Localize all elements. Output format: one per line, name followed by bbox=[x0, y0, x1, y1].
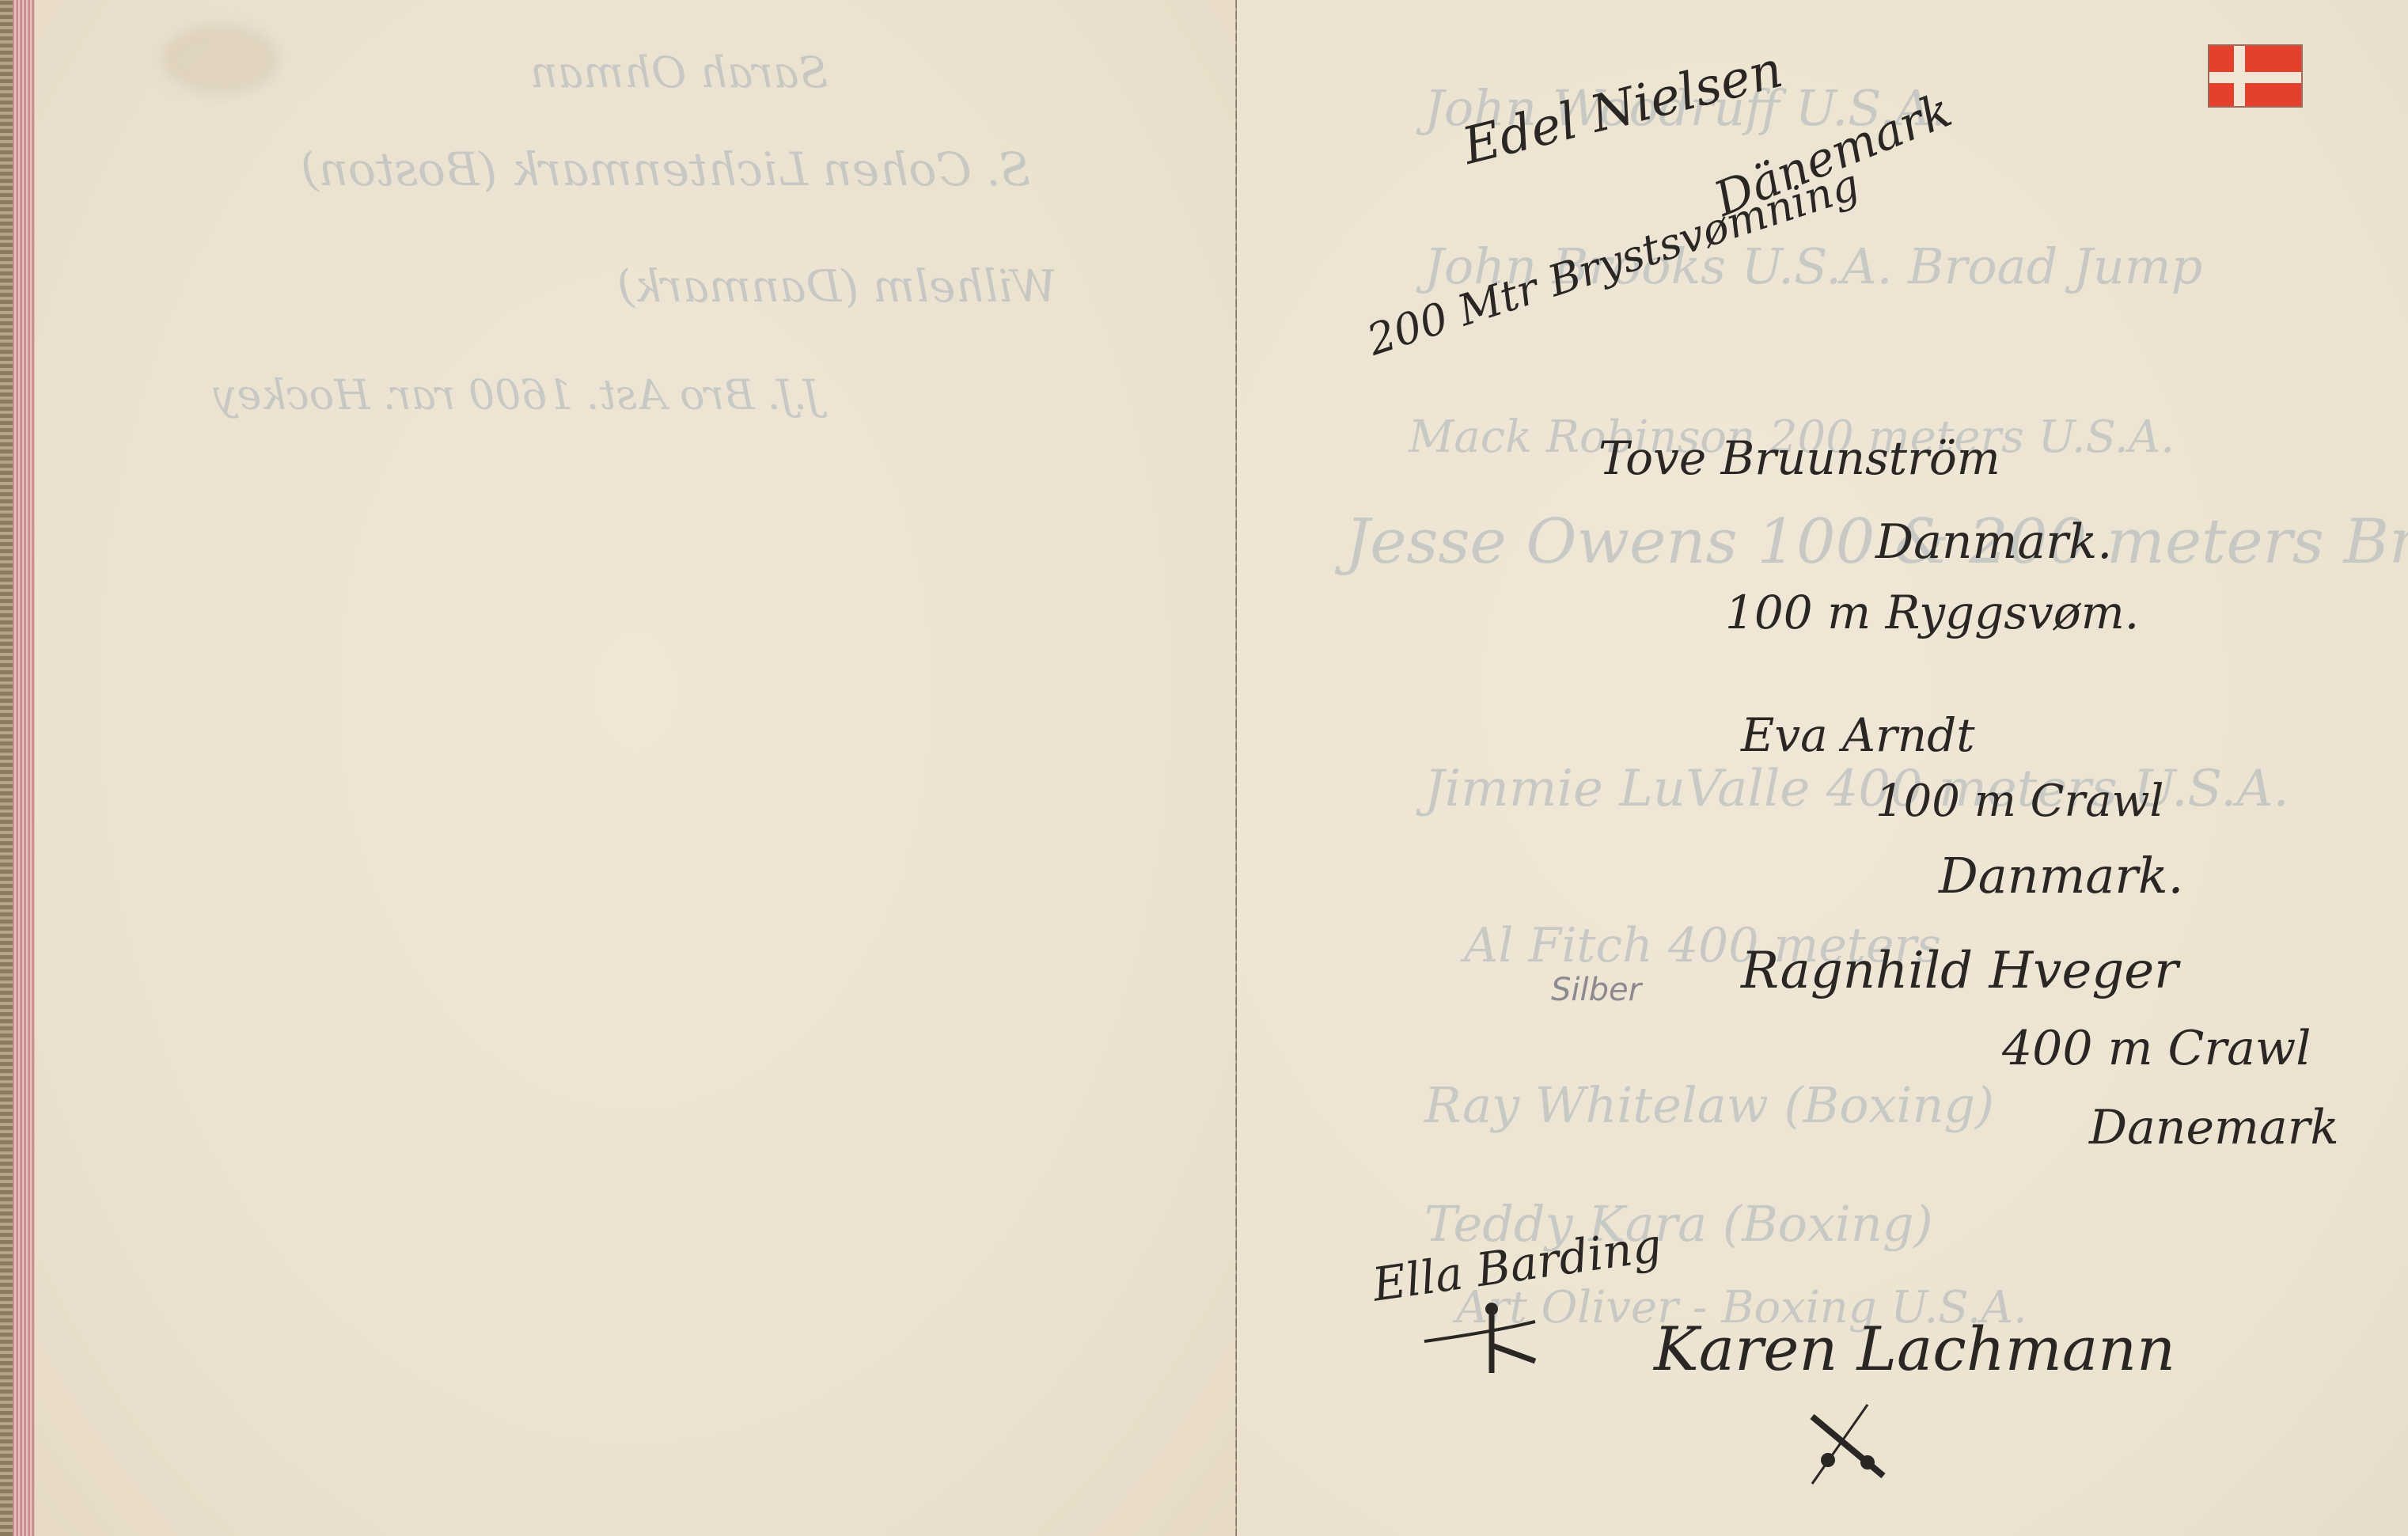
show-through-text: Ray Whitelaw (Boxing) bbox=[1424, 1076, 1994, 1134]
autograph-name: Karen Lachmann bbox=[1654, 1314, 2175, 1384]
cloth-binding bbox=[0, 0, 13, 1536]
autograph-name: Eva Arndt bbox=[1741, 708, 1975, 762]
crossed-foils-icon bbox=[1796, 1401, 1907, 1488]
autograph-event: 100 m Crawl bbox=[1875, 776, 2163, 827]
autograph-country: Danemark bbox=[2089, 1100, 2339, 1155]
autograph-name: Ragnhild Hveger bbox=[1741, 942, 2179, 1000]
page-edges bbox=[13, 0, 35, 1536]
autograph-country: Danmark. bbox=[1939, 847, 2183, 905]
autograph-name: Tove Bruunström bbox=[1598, 431, 2000, 485]
book-spread: Sarah Ohman S. Cohen Lichtenmark (Boston… bbox=[0, 0, 2408, 1536]
show-through-text: Sarah Ohman bbox=[530, 47, 828, 97]
autograph-country: Danmark. bbox=[1875, 514, 2112, 570]
show-through-text: Wilhelm (Danmark) bbox=[617, 261, 1057, 313]
autograph-event: 400 m Crawl bbox=[2002, 1021, 2311, 1076]
show-through-text: S. Cohen Lichtenmark (Boston) bbox=[301, 142, 1030, 196]
autograph-event: 100 m Ryggsvøm. bbox=[1725, 586, 2139, 639]
show-through-text: J.J. Bro Ast. 1600 rar. Hockey bbox=[214, 372, 821, 419]
page-stain bbox=[161, 24, 280, 95]
medal-annotation: Silber bbox=[1551, 972, 1641, 1008]
fencing-foil-icon bbox=[1416, 1298, 1591, 1385]
left-page bbox=[35, 0, 1236, 1536]
danish-flag-icon bbox=[2208, 44, 2303, 108]
